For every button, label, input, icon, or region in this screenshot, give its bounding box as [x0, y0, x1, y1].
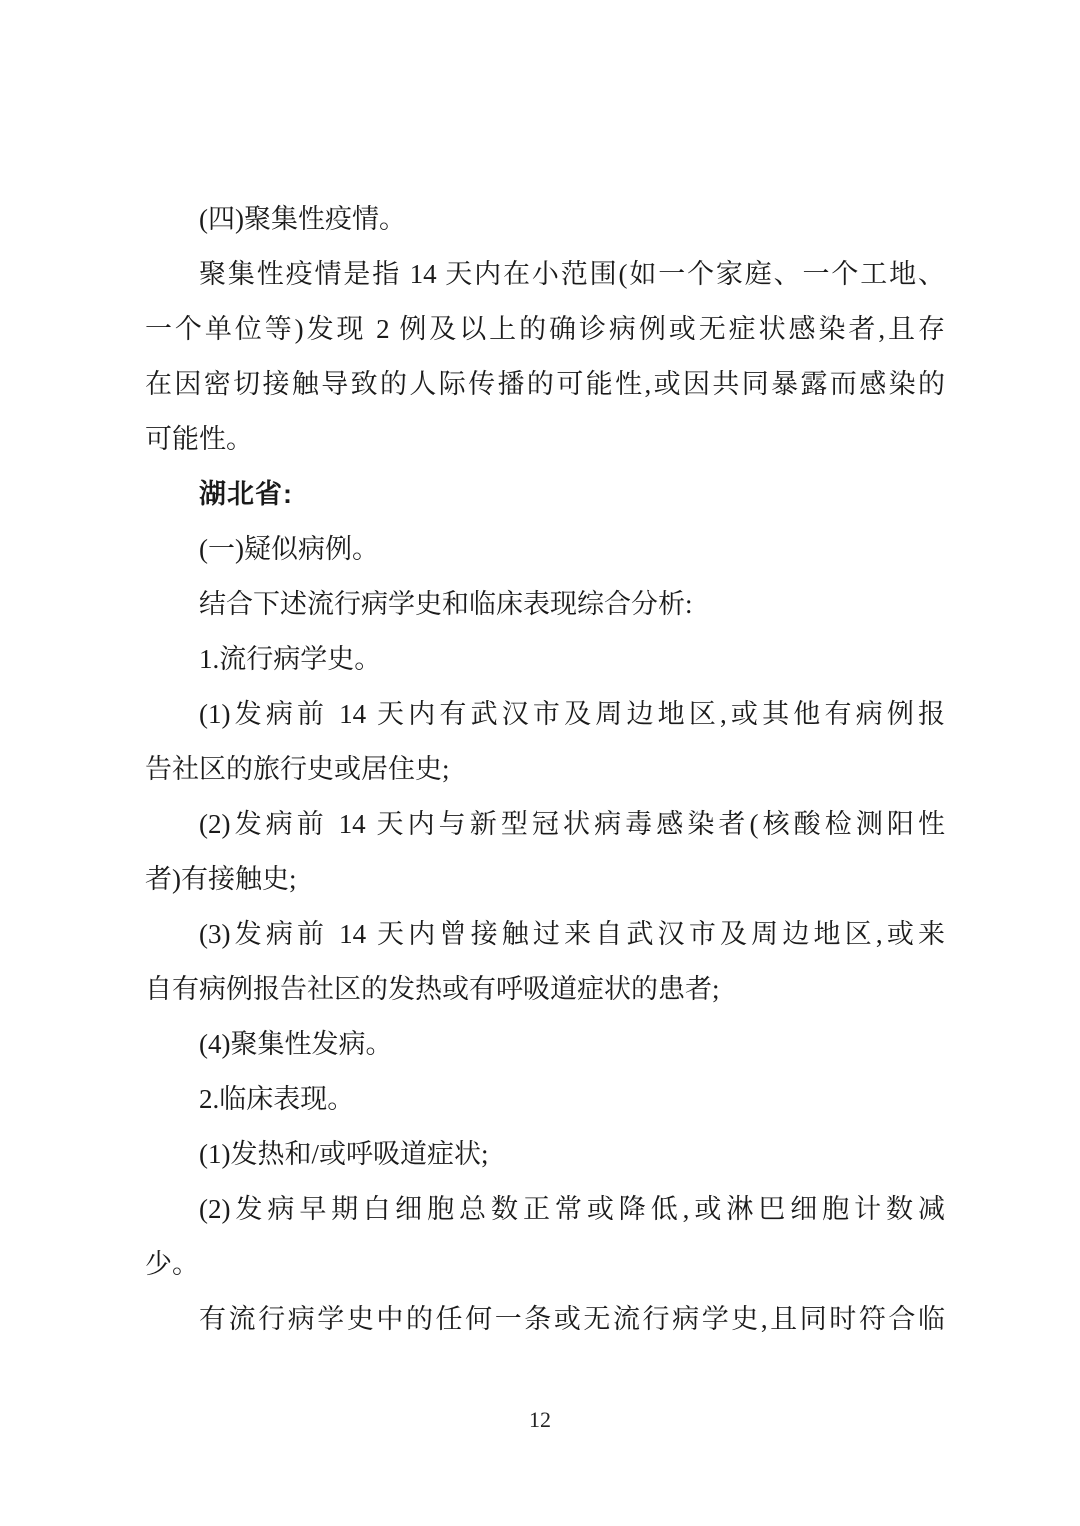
heading-clinical-manifestation: 2.临床表现。 — [145, 1072, 945, 1127]
heading-hubei-province: 湖北省: — [145, 467, 945, 522]
para-epi-item-1-line-1: (1)发病前 14 天内有武汉市及周边地区,或其他有病例报 — [145, 687, 945, 742]
para-cluster-definition-line-1: 聚集性疫情是指 14 天内在小范围(如一个家庭、一个工地、 — [145, 247, 945, 302]
para-analysis-intro: 结合下述流行病学史和临床表现综合分析: — [145, 577, 945, 632]
heading-section-4-cluster-epidemic: (四)聚集性疫情。 — [145, 192, 945, 247]
para-clinical-item-1: (1)发热和/或呼吸道症状; — [145, 1127, 945, 1182]
para-epi-item-1-line-2: 告社区的旅行史或居住史; — [145, 742, 945, 797]
para-cluster-definition-line-3: 在因密切接触导致的人际传播的可能性,或因共同暴露而感染的 — [145, 357, 945, 412]
para-clinical-item-2-line-2: 少。 — [145, 1237, 945, 1292]
para-cluster-definition-line-2: 一个单位等)发现 2 例及以上的确诊病例或无症状感染者,且存 — [145, 302, 945, 357]
para-clinical-item-2-line-1: (2)发病早期白细胞总数正常或降低,或淋巴细胞计数减 — [145, 1182, 945, 1237]
heading-suspected-case: (一)疑似病例。 — [145, 522, 945, 577]
para-cluster-definition-line-4: 可能性。 — [145, 412, 945, 467]
document-body: (四)聚集性疫情。 聚集性疫情是指 14 天内在小范围(如一个家庭、一个工地、 … — [145, 192, 945, 1347]
heading-epidemiological-history: 1.流行病学史。 — [145, 632, 945, 687]
para-epi-item-2-line-2: 者)有接触史; — [145, 852, 945, 907]
para-closing-line: 有流行病学史中的任何一条或无流行病学史,且同时符合临 — [145, 1292, 945, 1347]
para-epi-item-3-line-1: (3)发病前 14 天内曾接触过来自武汉市及周边地区,或来 — [145, 907, 945, 962]
page-number: 12 — [0, 1406, 1080, 1434]
para-epi-item-3-line-2: 自有病例报告社区的发热或有呼吸道症状的患者; — [145, 962, 945, 1017]
para-epi-item-4: (4)聚集性发病。 — [145, 1017, 945, 1072]
para-epi-item-2-line-1: (2)发病前 14 天内与新型冠状病毒感染者(核酸检测阳性 — [145, 797, 945, 852]
